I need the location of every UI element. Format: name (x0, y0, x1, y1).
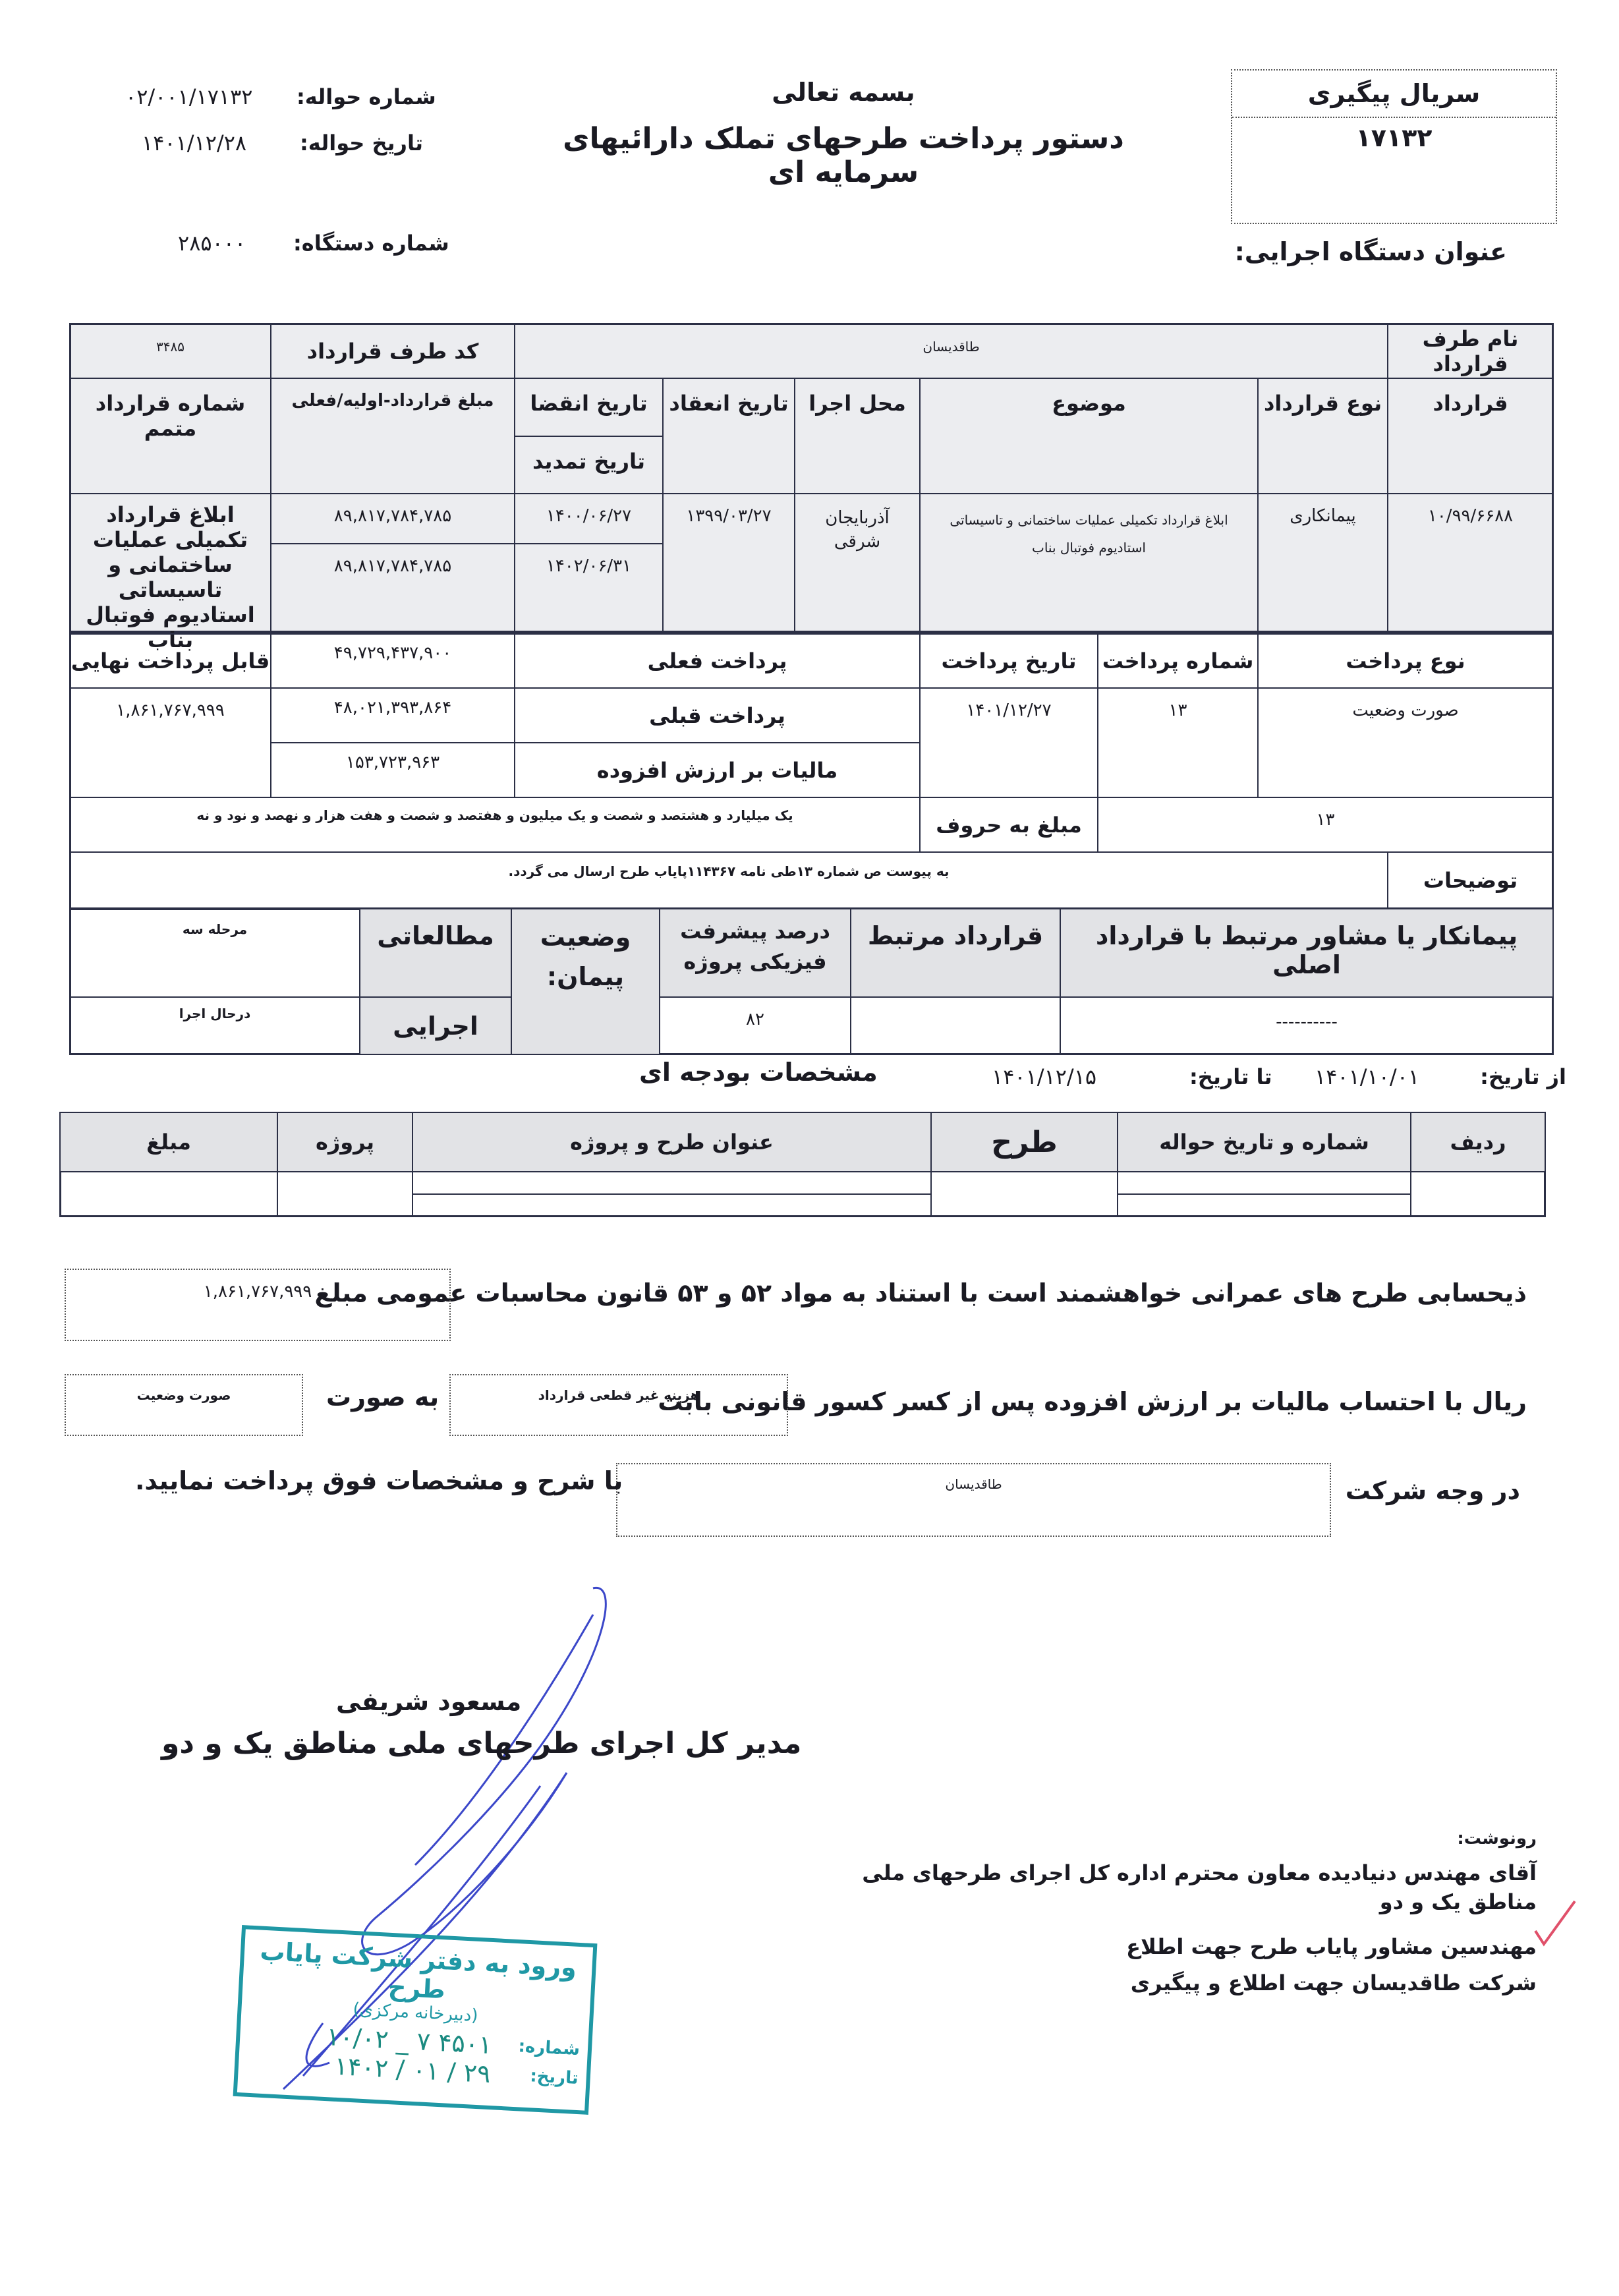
current-payment-label: پرداخت فعلی (514, 633, 921, 689)
payee-label: در وجه شرکت (1346, 1476, 1520, 1505)
study-phase-value: مرحله سه (69, 908, 360, 998)
amount-initial-value: ۸۹,۸۱۷,۷۸۴,۷۸۵ (270, 493, 515, 544)
party-code-value: ۳۴۸۵ (69, 323, 271, 379)
execution-phase-value: درحال اجرا (69, 996, 360, 1055)
transfer-date-value: ۱۴۰۱/۱۲/۲۸ (142, 130, 246, 156)
budget-col-amount: مبلغ (59, 1112, 278, 1172)
cc-item-2: مهندسین مشاور پایاب طرح جهت اطلاع (1126, 1934, 1537, 1959)
header-conclusion-date: تاریخ انعقاد (662, 378, 795, 494)
closing-text: با شرح و مشخصات فوق پرداخت نمایید. (135, 1466, 623, 1495)
header-expiry-date: تاریخ انقضا (514, 378, 664, 437)
header-subject: موضوع (919, 378, 1259, 494)
header-contract: قرارداد (1387, 378, 1554, 494)
related-contract-value (850, 996, 1061, 1055)
from-date-value: ۱۴۰۱/۱۰/۰۱ (1315, 1064, 1419, 1089)
to-date-value: ۱۴۰۱/۱۲/۱۵ (992, 1064, 1096, 1089)
header-extension-date: تاریخ تمدید (514, 436, 664, 494)
previous-payment-label: پرداخت قبلی (514, 687, 921, 743)
related-contract-label: قرارداد مرتبط (850, 908, 1061, 998)
amount-words-value: یک میلیارد و هشتصد و شصت و یک میلیون و ه… (69, 797, 921, 853)
budget-cell (1117, 1171, 1411, 1195)
budget-cell (1410, 1171, 1546, 1217)
header-supplement-number: شماره قرارداد متمم (69, 378, 271, 494)
budget-col-title: عنوان طرح و پروژه (412, 1112, 932, 1172)
tracking-serial-box: سریال پیگیری ۱۷۱۳۲ (1231, 69, 1557, 224)
contractor-label: پیمانکار یا مشاور مرتبط با قرارداد اصلی (1060, 908, 1554, 998)
instruction-line-2: ریال با احتساب مالیات بر ارزش افزوده پس … (658, 1387, 1527, 1416)
budget-col-project: پروژه (277, 1112, 413, 1172)
execution-phase-label: اجرایی (359, 996, 512, 1055)
payment-number-label: شماره پرداخت (1097, 633, 1259, 689)
header-contract-amount: مبلغ قرارداد-اولیه/فعلی (270, 378, 515, 494)
office-entry-stamp: ورود به دفتر شرکت پایاب طرح (دبیرخانه مر… (233, 1925, 598, 2115)
budget-cell (412, 1193, 932, 1217)
study-phase-label: مطالعاتی (359, 908, 512, 998)
budget-cell (277, 1171, 413, 1217)
reason-box: هزینه غیر قطعی قرارداد (449, 1374, 788, 1436)
budget-cell (930, 1171, 1118, 1217)
transfer-number-value: ۰۲/۰۰۱/۱۷۱۳۲ (125, 84, 252, 109)
from-date-label: از تاریخ: (1480, 1064, 1566, 1089)
org-number-value: ۲۸۵۰۰۰ (178, 231, 246, 256)
budget-cell (412, 1171, 932, 1195)
checkmark-icon (1532, 1898, 1578, 1951)
contract-subject-value: ابلاغ قرارداد تکمیلی عملیات ساختمانی و ت… (919, 493, 1259, 633)
budget-cell (1117, 1193, 1411, 1217)
stamp-number-label: شماره: (518, 2036, 581, 2059)
cc-item-1: آقای مهندس دنیادیده معاون محترم اداره کل… (825, 1858, 1537, 1916)
signer-name: مسعود شریفی (336, 1687, 521, 1716)
final-payable-value: ۱,۸۶۱,۷۶۷,۹۹۹ (69, 687, 271, 798)
bismillah: بسمه تعالی (745, 78, 942, 107)
amount-current-value: ۸۹,۸۱۷,۷۸۴,۷۸۵ (270, 543, 515, 633)
supplement-number-value: ابلاغ قرارداد تکمیلی عملیات ساختمانی و ت… (69, 493, 271, 633)
expiry-date-value: ۱۴۰۰/۰۶/۲۷ (514, 493, 664, 544)
current-payment-value: ۴۹,۷۲۹,۴۳۷,۹۰۰ (270, 633, 515, 689)
notes-value: به پیوست ص شماره ۱۳طی نامه ۱۱۴۳۶۷پایاب ط… (69, 851, 1388, 909)
final-payable-label: قابل پرداخت نهایی (69, 633, 271, 689)
conclusion-date-value: ۱۳۹۹/۰۳/۲۷ (662, 493, 795, 633)
vat-value: ۱۵۳,۷۲۳,۹۶۳ (270, 742, 515, 798)
page-title: دستور پرداخت طرحهای تملک دارائیهای سرمای… (514, 122, 1173, 189)
payment-type-label: نوع پرداخت (1257, 633, 1554, 689)
to-date-label: تا تاریخ: (1189, 1064, 1272, 1089)
location-value: آذربایجان شرقی (794, 493, 921, 633)
form-box: صورت وضعیت (65, 1374, 303, 1436)
progress-label: درصد پیشرفت فیزیکی پروژه (659, 908, 851, 998)
notes-label: توضیحات (1387, 851, 1554, 909)
previous-payment-value: ۴۸,۰۲۱,۳۹۳,۸۶۴ (270, 687, 515, 743)
extension-date-value: ۱۴۰۲/۰۶/۳۱ (514, 543, 664, 633)
executing-org-label: عنوان دستگاه اجرایی: (1235, 237, 1507, 266)
tracking-serial-value: ۱۷۱۳۲ (1232, 118, 1556, 158)
budget-title: مشخصات بودجه ای (639, 1058, 878, 1087)
as-label: به صورت (326, 1383, 439, 1412)
tracking-serial-label: سریال پیگیری (1232, 71, 1556, 118)
contract-number-value: ۱۰/۹۹/۶۶۸۸ (1387, 493, 1554, 633)
amount-words-label: مبلغ به حروف (919, 797, 1098, 853)
contract-status-label: وضعیت پیمان: (511, 908, 660, 1055)
payee-box: طاقدیسان (616, 1463, 1331, 1537)
payment-type-value: صورت وضعیت (1257, 687, 1554, 798)
party-code-label: کد طرف قرارداد (270, 323, 515, 379)
party-name-label: نام طرف قرارداد (1387, 323, 1554, 379)
budget-col-row: ردیف (1410, 1112, 1546, 1172)
transfer-date-label: تاریخ حواله: (300, 130, 423, 156)
transfer-number-label: شماره حواله: (297, 84, 436, 109)
budget-col-transfer: شماره و تاریخ حواله (1117, 1112, 1411, 1172)
payment-number-value: ۱۳ (1097, 687, 1259, 798)
cc-item-3: شرکت طاقدیسان جهت اطلاع و پیگیری (1131, 1970, 1537, 1995)
budget-col-plan: طرح (930, 1112, 1118, 1172)
org-number-label: شماره دستگاه: (293, 231, 449, 256)
cc-label: رونوشت: (1457, 1829, 1537, 1849)
party-name-value: طاقدیسان (514, 323, 1388, 379)
signer-title: مدیر کل اجرای طرحهای ملی مناطق یک و دو (161, 1727, 801, 1760)
vat-label: مالیات بر ارزش افزوده (514, 742, 921, 798)
payment-date-value: ۱۴۰۱/۱۲/۲۷ (919, 687, 1098, 798)
header-contract-type: نوع قرارداد (1257, 378, 1388, 494)
stamp-date-label: تاریخ: (530, 2066, 579, 2088)
contractor-value: ---------- (1060, 996, 1554, 1055)
amount-box: ۱,۸۶۱,۷۶۷,۹۹۹ (65, 1269, 451, 1341)
contract-type-value: پیمانکاری (1257, 493, 1388, 633)
budget-cell (59, 1171, 278, 1217)
amount-words-number: ۱۳ (1097, 797, 1554, 853)
header-location: محل اجرا (794, 378, 921, 494)
progress-value: ۸۲ (659, 996, 851, 1055)
instruction-line-1: ذیحسابی طرح های عمرانی خواهشمند است با ا… (314, 1278, 1527, 1307)
payment-date-label: تاریخ پرداخت (919, 633, 1098, 689)
